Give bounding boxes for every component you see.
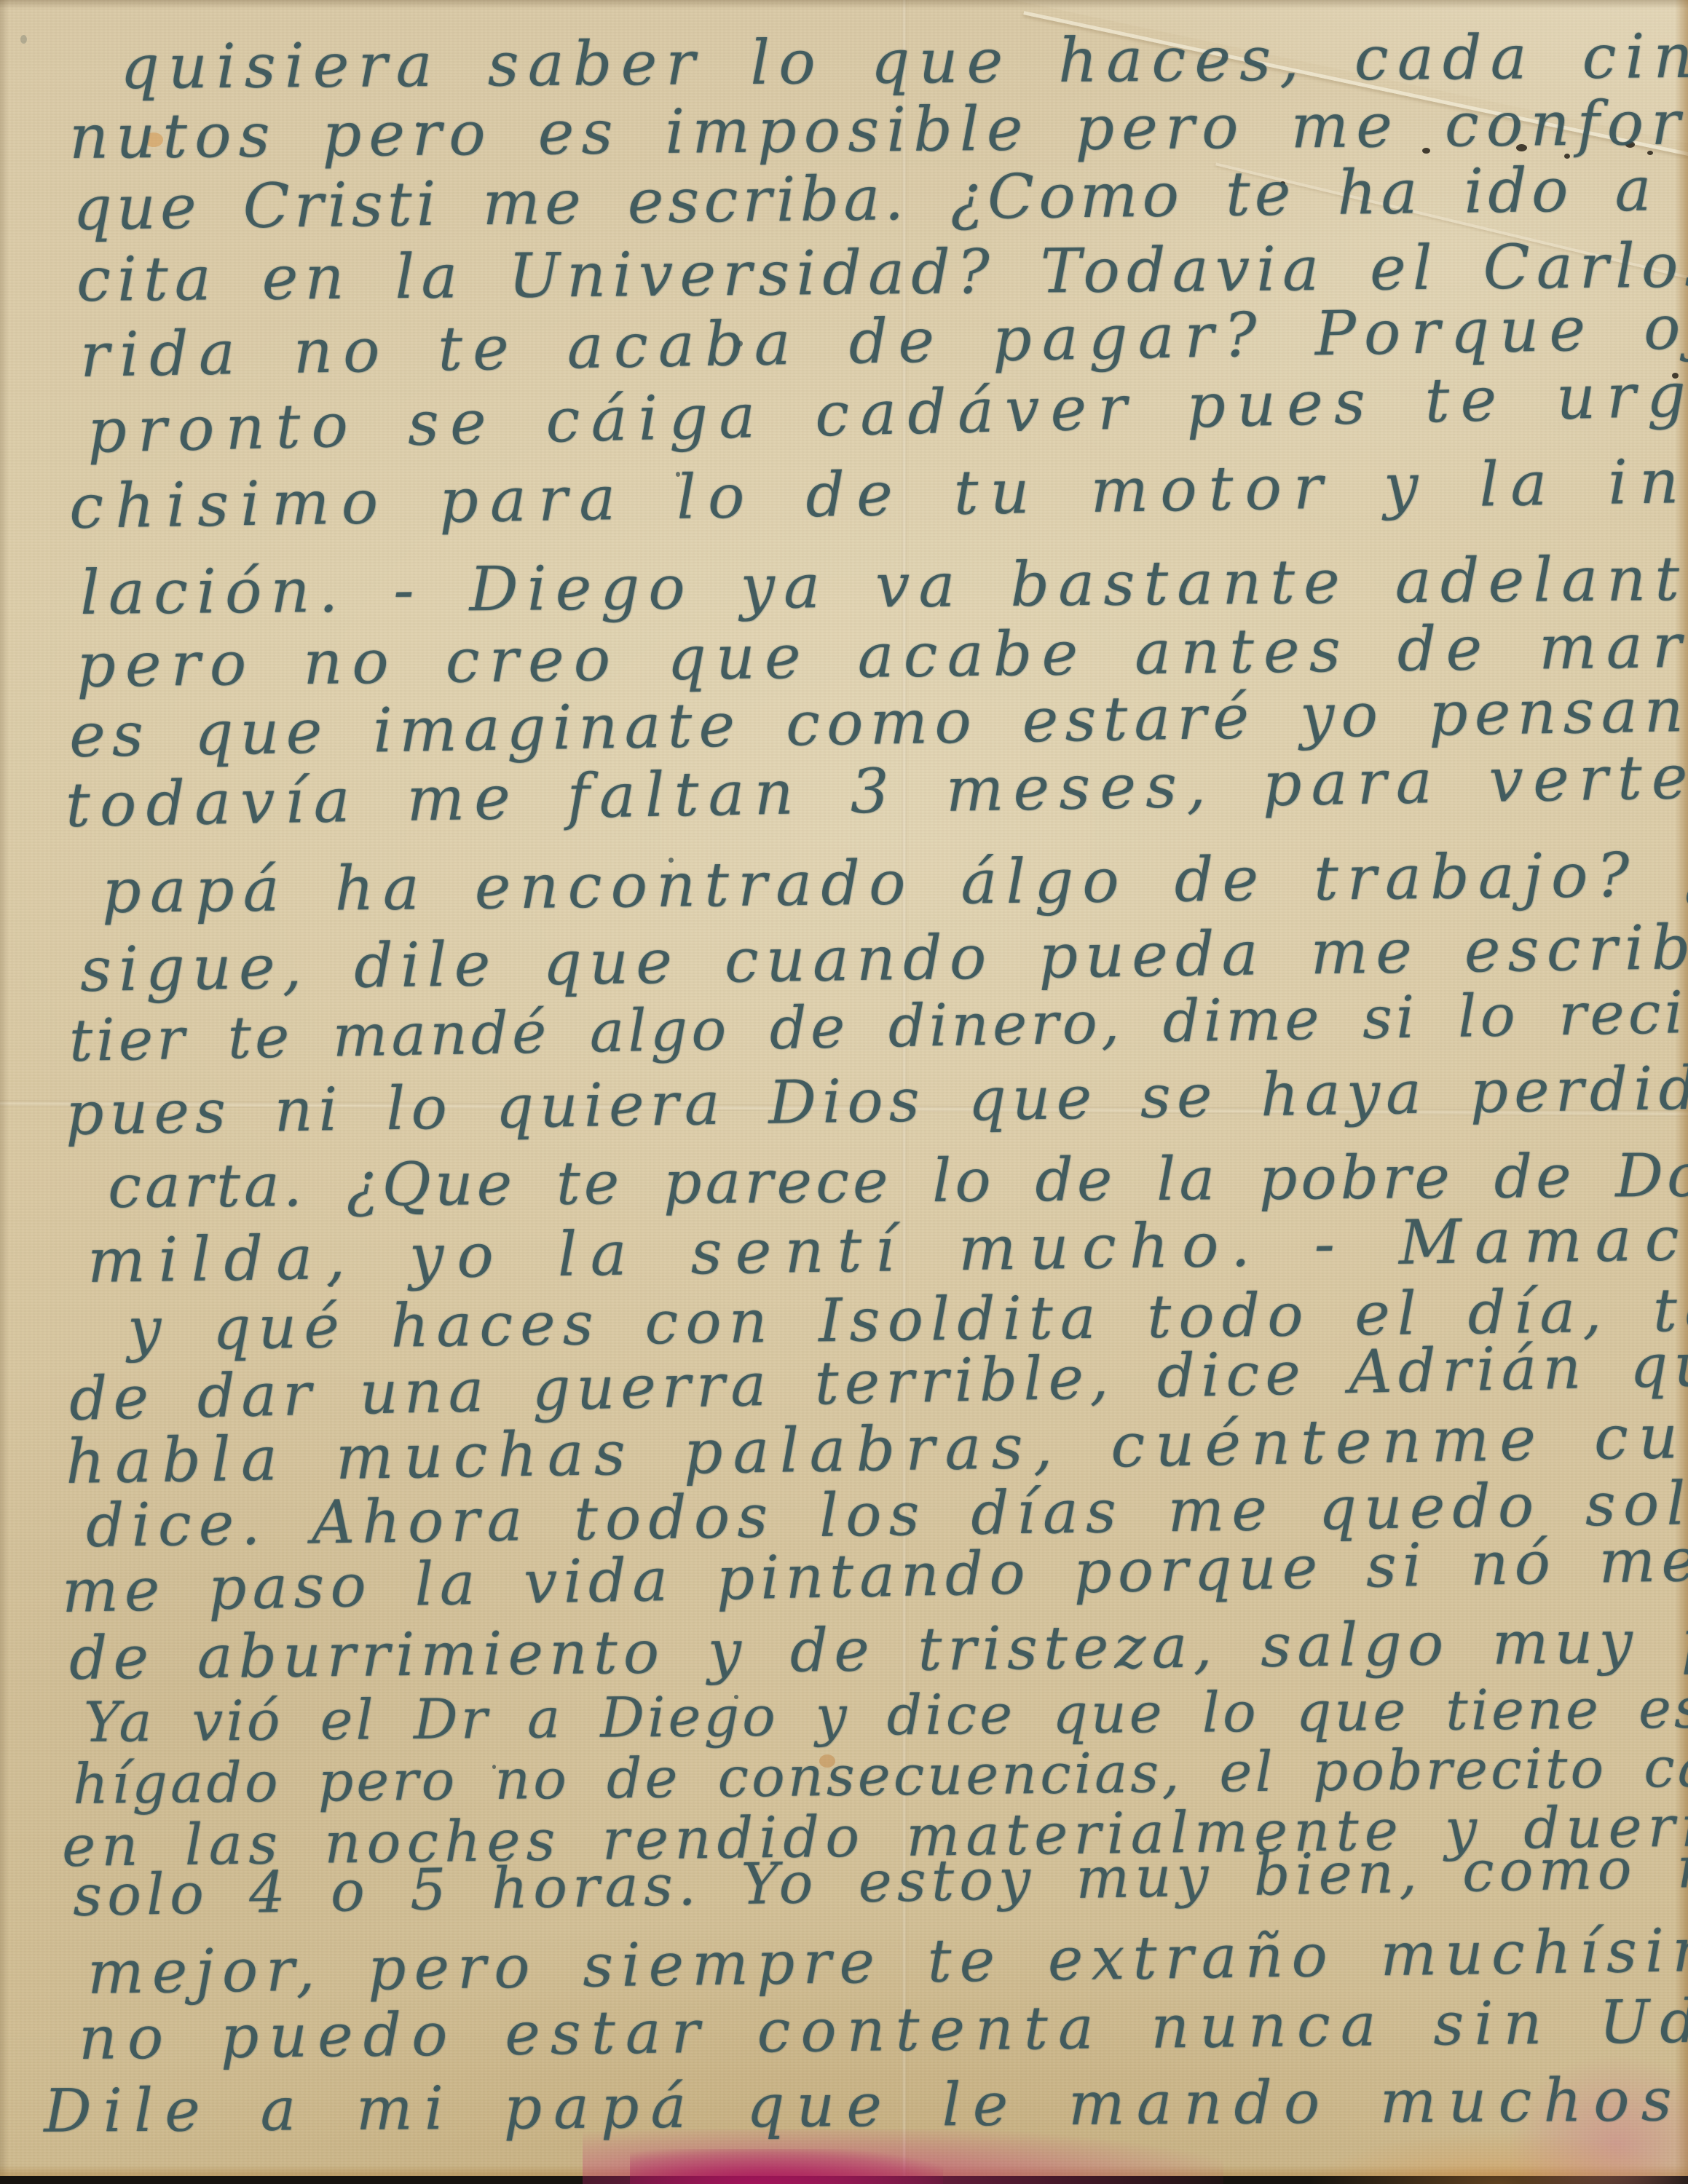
letter-line: quisiera saber lo que haces, cada cinco … — [120, 23, 1688, 98]
scan-edge-bottom — [0, 2176, 1688, 2184]
letter-line: Dile a mi papá que le mando muchos — [44, 2070, 1684, 2142]
page-edge-top — [0, 0, 1688, 9]
page-edge-bottom-tan — [0, 2165, 1688, 2177]
letter-line: papá ha encontrado álgo de trabajo? ¿Com… — [102, 842, 1688, 922]
letter-page: quisiera saber lo que haces, cada cinco … — [0, 0, 1688, 2184]
orange-stain-bottom — [1311, 2133, 1688, 2184]
letter-line: lación. - Diego ya va bastante adelantad… — [80, 547, 1688, 623]
letter-line: no puedo estar contenta nunca sin Uds. — [79, 1992, 1688, 2069]
pink-stain-core — [630, 2149, 943, 2184]
page-edge-left — [0, 0, 9, 2184]
